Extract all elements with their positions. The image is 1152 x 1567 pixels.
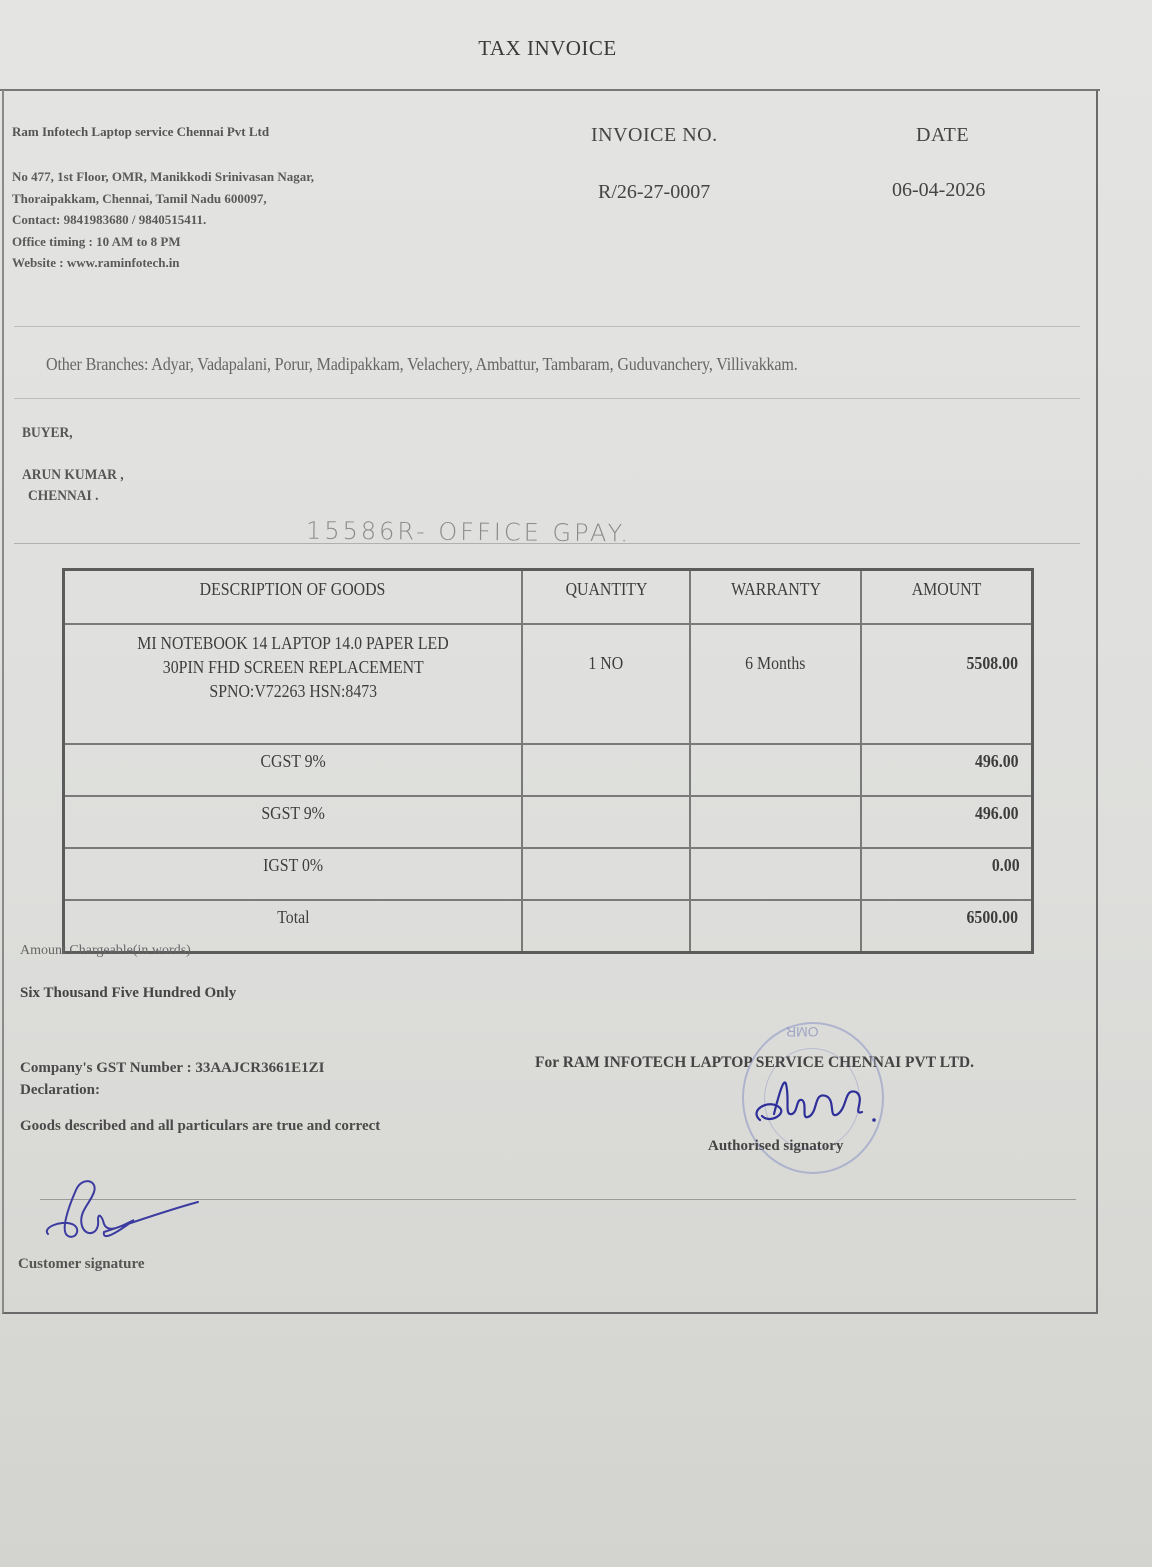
header-warranty: WARRANTY [690, 570, 861, 625]
header-quantity: QUANTITY [522, 570, 691, 625]
table-row: MI NOTEBOOK 14 LAPTOP 14.0 PAPER LED 30P… [64, 624, 1033, 744]
seller-address-line: No 477, 1st Floor, OMR, Manikkodi Sriniv… [12, 166, 314, 188]
seller-name: Ram Infotech Laptop service Chennai Pvt … [12, 124, 269, 140]
invoice-number: R/26-27-0007 [598, 181, 710, 204]
seller-address: No 477, 1st Floor, OMR, Manikkodi Sriniv… [12, 166, 314, 274]
table-row: SGST 9% 496.00 [64, 796, 1033, 848]
table-total-row: Total 6500.00 [64, 900, 1033, 953]
tax-label: CGST 9% [64, 744, 522, 796]
seller-office-timing: Office timing : 10 AM to 8 PM [12, 231, 314, 253]
seller-contact: Contact: 9841983680 / 9840515411. [12, 209, 314, 231]
seller-address-line: Thoraipakkam, Chennai, Tamil Nadu 600097… [12, 188, 314, 210]
tax-amount: 0.00 [861, 848, 1033, 900]
empty-cell [522, 796, 691, 848]
amount-in-words-label: Amount Chargeable(in words) [20, 943, 191, 959]
for-company-label: For RAM INFOTECH LAPTOP SERVICE CHENNAI … [535, 1054, 974, 1072]
gst-number: Company's GST Number : 33AAJCR3661E1ZI [20, 1057, 325, 1079]
invoice-number-label: INVOICE NO. [591, 124, 718, 147]
header-description: DESCRIPTION OF GOODS [64, 570, 522, 625]
divider [14, 326, 1080, 327]
customer-signature-label: Customer signature [18, 1256, 145, 1273]
signature-divider [40, 1199, 1076, 1200]
other-branches: Other Branches: Adyar, Vadapalani, Porur… [46, 354, 798, 375]
tax-amount: 496.00 [861, 796, 1033, 848]
table-row: CGST 9% 496.00 [64, 744, 1033, 796]
goods-table: DESCRIPTION OF GOODS QUANTITY WARRANTY A… [62, 568, 1034, 954]
item-amount: 5508.00 [861, 624, 1033, 744]
authorised-signatory-label: Authorised signatory [708, 1138, 843, 1155]
item-warranty: 6 Months [690, 624, 861, 744]
item-quantity: 1 NO [522, 624, 691, 744]
declaration-text: Goods described and all particulars are … [20, 1118, 380, 1135]
tax-amount: 496.00 [861, 744, 1033, 796]
gst-block: Company's GST Number : 33AAJCR3661E1ZI D… [20, 1057, 325, 1101]
empty-cell [522, 848, 691, 900]
empty-cell [522, 744, 691, 796]
divider [14, 398, 1080, 399]
tax-label: SGST 9% [64, 796, 522, 848]
empty-cell [690, 744, 861, 796]
declaration-label: Declaration: [20, 1079, 325, 1101]
empty-cell [690, 900, 861, 953]
tax-label: IGST 0% [64, 848, 522, 900]
table-row: IGST 0% 0.00 [64, 848, 1033, 900]
buyer-city: CHENNAI . [28, 488, 99, 505]
invoice-date: 06-04-2026 [892, 179, 985, 202]
empty-cell [690, 796, 861, 848]
empty-cell [522, 900, 691, 953]
empty-cell [690, 848, 861, 900]
amount-in-words: Six Thousand Five Hundred Only [20, 985, 236, 1002]
item-description: MI NOTEBOOK 14 LAPTOP 14.0 PAPER LED 30P… [64, 624, 522, 744]
total-amount: 6500.00 [861, 900, 1033, 953]
buyer-name: ARUN KUMAR , [22, 467, 124, 484]
header-amount: AMOUNT [861, 570, 1033, 625]
table-header-row: DESCRIPTION OF GOODS QUANTITY WARRANTY A… [64, 570, 1033, 625]
stamp-text: OMR [786, 1024, 819, 1040]
document-title: TAX INVOICE [0, 36, 1095, 61]
seller-website: Website : www.raminfotech.in [12, 252, 314, 274]
invoice-date-label: DATE [916, 124, 969, 147]
divider [14, 543, 1080, 544]
buyer-label: BUYER, [22, 425, 73, 442]
